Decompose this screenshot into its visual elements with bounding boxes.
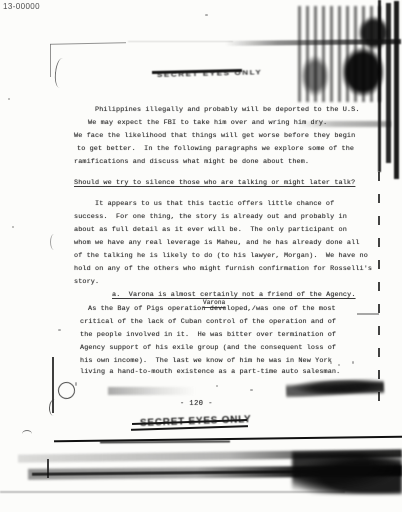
scan-noise-blob bbox=[358, 16, 390, 50]
body-line: success. For one thing, the story is alr… bbox=[74, 213, 347, 222]
scan-smear-band bbox=[28, 465, 402, 480]
scan-corner-line bbox=[50, 44, 51, 77]
scan-edge-bar-dashed bbox=[378, 172, 380, 414]
scan-speck bbox=[58, 329, 61, 331]
scan-speck bbox=[8, 98, 10, 100]
scan-scribble bbox=[286, 378, 384, 397]
scan-edge-bar bbox=[394, 1, 399, 179]
body-line: We face the likelihood that things will … bbox=[74, 132, 355, 141]
scan-speck bbox=[352, 361, 354, 364]
body-line: Philippines illegally and probably will … bbox=[95, 106, 360, 115]
body-line: ramifications and discuss what might be … bbox=[74, 158, 309, 167]
scan-tick-mark bbox=[357, 313, 379, 315]
body-line: Agency support of his exile group (and t… bbox=[80, 344, 336, 353]
body-line: We may expect the FBI to take him over a… bbox=[88, 119, 327, 128]
scan-noise-cluster bbox=[298, 6, 386, 102]
scan-edge-bar bbox=[378, 0, 381, 172]
scan-horizontal-line bbox=[54, 436, 402, 443]
scan-vertical-line bbox=[52, 357, 54, 413]
scan-paren-mark bbox=[53, 57, 68, 88]
scan-noise-blob bbox=[300, 55, 330, 97]
scan-smear-band bbox=[18, 449, 402, 462]
scan-speck bbox=[338, 364, 340, 366]
body-line: As the Bay of Pigs operation developed,/… bbox=[88, 305, 336, 314]
body-line: It appears to us that this tactic offers… bbox=[95, 200, 334, 209]
body-line: to get better. In the following paragrap… bbox=[77, 145, 354, 154]
scan-edge-bar bbox=[386, 3, 391, 163]
document-id: 13-00000 bbox=[3, 2, 40, 11]
body-line: about as full detail as it ever will be.… bbox=[74, 226, 347, 235]
body-line: story. bbox=[74, 278, 99, 287]
scan-smear-band bbox=[0, 491, 345, 493]
body-line: his own income). The last we know of him… bbox=[80, 357, 332, 366]
scanned-document-page: 13-00000 SECRET EYES ONLY Philippines il… bbox=[0, 0, 402, 512]
scan-corner-line bbox=[50, 42, 126, 45]
scan-smear bbox=[225, 39, 401, 46]
circle-annotation bbox=[57, 381, 76, 400]
body-line: hold on any of the others who might furn… bbox=[74, 265, 372, 274]
scan-smudge bbox=[108, 387, 196, 395]
scan-corner-line-faint bbox=[128, 41, 233, 42]
body-line: the people involved in it. He was bitter… bbox=[80, 331, 336, 340]
scan-paren-mark bbox=[48, 399, 58, 417]
scan-smear-band bbox=[32, 469, 400, 475]
scan-noise-blob bbox=[342, 48, 384, 96]
body-line: living a hand-to-mouth existence as a pa… bbox=[80, 368, 340, 377]
scan-speck bbox=[216, 385, 218, 387]
scan-noise-blob bbox=[292, 452, 402, 494]
scan-squiggle bbox=[22, 430, 32, 438]
scan-speck bbox=[330, 362, 332, 364]
body-line: of the talking he is likely to do (to hi… bbox=[74, 252, 368, 261]
scan-tick-mark bbox=[47, 459, 49, 478]
scan-horizontal-line bbox=[100, 441, 230, 444]
scan-speck bbox=[250, 389, 253, 391]
page-number: - 120 - bbox=[180, 400, 213, 408]
section-heading: Should we try to silence those who are t… bbox=[74, 179, 355, 188]
scan-speck bbox=[75, 382, 77, 386]
scan-speck bbox=[205, 14, 208, 16]
body-line: critical of the lack of Cuban control of… bbox=[80, 318, 336, 327]
scan-paren-mark bbox=[50, 234, 58, 250]
body-line: whom we have any real leverage is Maheu,… bbox=[74, 239, 360, 248]
list-item-heading: a. Varona is almost certainly not a frie… bbox=[112, 291, 356, 300]
scan-speck bbox=[12, 226, 14, 228]
